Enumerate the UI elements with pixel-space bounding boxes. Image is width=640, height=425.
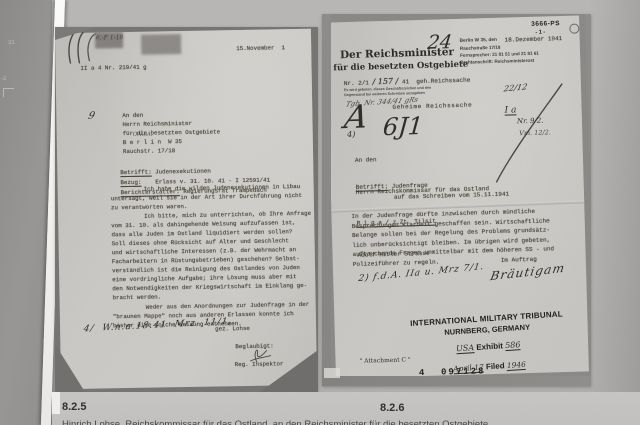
hand-margin-note: O.V.i.A. (133, 132, 153, 138)
file-number-prefix: Nr. 2/1 (344, 79, 373, 87)
document-photo-left: 6.-F 1-18 15.November 1 II a 4 Nr. 219/4… (55, 27, 318, 392)
ink-smudge (141, 34, 181, 55)
secret-classification: Geheime Reichssache (392, 101, 472, 113)
text-line: Drahtanschrift: Reichsministerost (460, 57, 539, 66)
edge-bracket-mark (3, 88, 14, 97)
body-paragraph-2: Ich bitte, mich zu unterrichten, ob Ihre… (111, 209, 313, 302)
paper-right: 3666-PS - 1 - Der Reichsminister für die… (326, 16, 589, 379)
filed-year-hand: 1946 (506, 360, 526, 371)
date-line: 15.November 1 (236, 43, 285, 53)
exhibit-number-hand: 586 (505, 340, 521, 351)
text-line: Rauchstr. 17/18 (123, 145, 221, 156)
certifier-title: Reg. Inspektor (235, 359, 284, 369)
diagonal-pen-stroke (478, 76, 571, 188)
address-line: An den (355, 152, 488, 166)
subject-line: Betrifft: Judenexekutionen (120, 167, 211, 178)
paper-left: 6.-F 1-18 15.November 1 II a 4 Nr. 219/4… (55, 29, 317, 389)
caption-strip-highlight (52, 392, 60, 414)
faint-stamp-text: 6.-F 1-18 (96, 34, 123, 41)
head-berlin-line: Berlin W 35, den (460, 38, 497, 44)
hand-number-24: 24 (426, 31, 453, 54)
document-photo-right: 3666-PS - 1 - Der Reichsminister für die… (322, 14, 591, 386)
photo-bottom-shadow (322, 376, 591, 386)
subject-text: Judenfrage (388, 182, 428, 190)
caption-right-number: 8.2.6 (380, 402, 404, 414)
body-paragraph-1: Ich habe die wilden Judenexekutionen in … (111, 182, 303, 212)
subject-label: Betrifft: (356, 183, 389, 191)
subject-reference: auf das Schreiben vom 15.11.1941 (394, 190, 509, 203)
small-label-sticker (324, 368, 340, 378)
filed-label: Filed (483, 361, 507, 371)
subject-label: Betrifft: (120, 169, 151, 177)
subject-text: Judenexekutionen (152, 168, 211, 176)
subject-line: Betrifft: Judenfrage (356, 181, 428, 193)
exhibit-label: Exhibit (474, 341, 506, 352)
file-number-rest: 41 geh.Reichssache (398, 77, 470, 86)
exhibit-country-hand: USA (456, 343, 475, 354)
head-contact-block: Rauchstraße 17/18Fernsprecher: 21 81 51 … (460, 44, 539, 67)
edge-text-fragment: -2 (1, 76, 6, 82)
caption-left-number: 8.2.5 (62, 401, 86, 413)
attachment-note: " Attachment C " (359, 356, 410, 364)
hand-check-mark: 9 (87, 111, 96, 122)
file-number-hand: / 157 / (372, 77, 398, 87)
photo-torn-edge (322, 14, 331, 386)
document-number: 3666-PS (531, 20, 560, 28)
edge-text-fragment: 31 (8, 40, 15, 46)
museum-display-photo: 31 -2 6.-F 1-18 15.November 1 II a 4 Nr.… (0, 0, 640, 425)
file-reference: II a 4 Nr. 219/41 g (80, 63, 146, 73)
panel-right-shading (588, 0, 640, 425)
caption-cutoff-text: Hinrich Lohse, Reichskommissar für das O… (62, 419, 488, 425)
letterhead-subtitle: für die besetzten Ostgebiete (333, 60, 468, 74)
signed-line: gez. Lohse (215, 324, 250, 334)
circled-mark (569, 24, 579, 34)
